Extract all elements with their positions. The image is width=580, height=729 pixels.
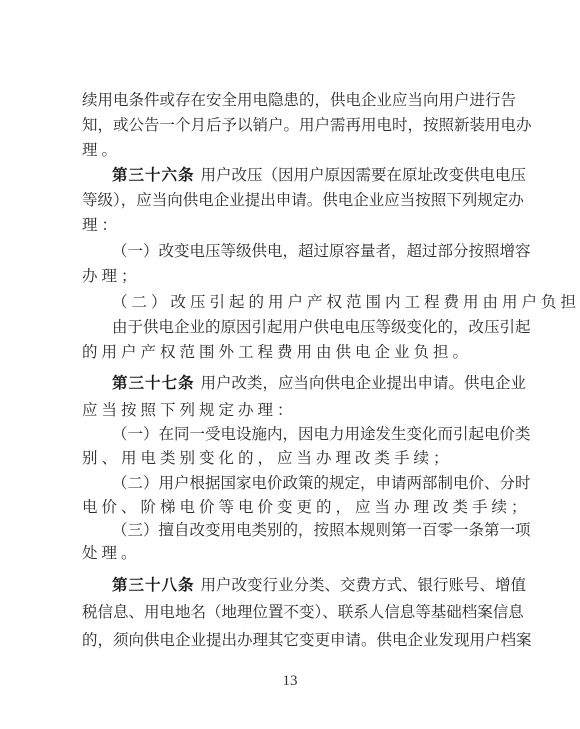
article-36-heading-line: 第三十六条用户改压（因用户原因需要在原址改变供电电压 [112,164,510,186]
document-page: 续用电条件或存在安全用电隐患的，供电企业应当向用户进行告 知，或公告一个月后予以… [0,0,580,729]
page-number: 13 [0,673,580,690]
text-line: 应当按照下列规定办理： [82,399,510,421]
text-line: 的用户产权范围外工程费用由供电企业负担。 [82,341,510,363]
text-line: 办理； [82,265,510,287]
article-38-heading-line: 第三十八条用户改变行业分类、交费方式、银行账号、增值 [112,574,510,596]
article-number: 第三十六条 [112,165,195,184]
text-line: 由于供电企业的原因引起用户供电电压等级变化的，改压引起 [112,316,510,338]
list-item-line: （二）用户根据国家电价政策的规定，申请两部制电价、分时 [112,472,510,494]
text-line: 别、用电类别变化的，应当办理改类手续； [82,447,510,469]
list-item-line: （二）改压引起的用户产权范围内工程费用由用户负担。 [112,291,510,313]
list-item-line: （一）改变电压等级供电，超过原容量者，超过部分按照增容 [112,240,510,262]
text-line: 的，须向供电企业提出办理其它变更申请。供电企业发现用户档案 [82,629,510,651]
text-line: 税信息、用电地名（地理位置不变）、联系人信息等基础档案信息 [82,601,510,623]
text-line: 理： [82,214,510,236]
list-item-line: （一）在同一受电设施内，因电力用途发生变化而引起电价类 [112,423,510,445]
list-item-line: （三）擅自改变用电类别的，按照本规则第一百零一条第一项 [112,519,510,541]
text-line: 理。 [82,139,510,161]
text-line: 续用电条件或存在安全用电隐患的，供电企业应当向用户进行告 [82,89,510,111]
text-line: 知，或公告一个月后予以销户。用户需再用电时，按照新装用电办 [82,114,510,136]
article-number: 第三十八条 [112,575,195,594]
text-line: 处理。 [82,542,510,564]
text-line: 等级），应当向供电企业提出申请。供电企业应当按照下列规定办 [82,189,510,211]
article-37-heading-line: 第三十七条用户改类，应当向供电企业提出申请。供电企业 [112,372,510,394]
article-number: 第三十七条 [112,373,195,392]
text-line: 电价、阶梯电价等电价变更的，应当办理改类手续； [82,496,510,518]
